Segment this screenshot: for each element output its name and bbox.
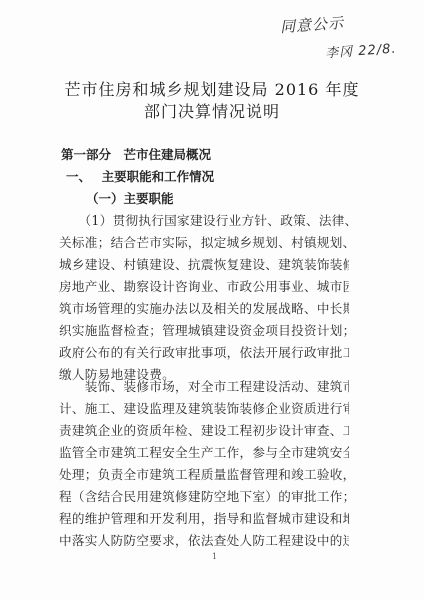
- text-line: 筑市场管理的实施办法以及相关的发展战略、中长期规划，并组: [59, 298, 349, 320]
- page-number: 1: [212, 552, 217, 561]
- section-heading: 一、 主要职能和工作情况: [66, 167, 214, 185]
- paragraph-duties-2: 装饰、装修市场，对全市工程建设活动、建筑市场和工程设 计、施工、建设监理及建筑装…: [59, 376, 349, 552]
- handwritten-signature-date: 李冈 22/8.: [324, 38, 397, 62]
- text-line: 程（含结合民用建筑修建防空地下室）的审批工作；组织人防工: [59, 486, 349, 508]
- document-title-line-1: 芒市住房和城乡规划建设局 2016 年度: [0, 77, 424, 100]
- text-line: 计、施工、建设监理及建筑装饰装修企业资质进行审查申报；负: [59, 398, 349, 420]
- text-line: 装饰、装修市场，对全市工程建设活动、建筑市场和工程设: [59, 376, 349, 398]
- text-line: 房地产业、勘察设计咨询业、市政公用事业、城市园林绿化和建: [59, 276, 349, 298]
- text-line: 程的维护管理和开发利用，指导和监督城市建设和地下空间开发: [59, 508, 349, 530]
- document-title-line-2: 部门决算情况说明: [0, 99, 424, 122]
- text-line: 监管全市建筑工程安全生产工作，参与全市建筑安全事故的调查: [59, 442, 349, 464]
- text-line: （1）贯彻执行国家建设行业方针、政策、法律、法规和相: [59, 210, 349, 232]
- paragraph-duties-1: （1）贯彻执行国家建设行业方针、政策、法律、法规和相 关标准；结合芒市实际，拟定…: [59, 210, 349, 386]
- text-line: 政府公布的有关行政审批事项，依法开展行政审批工作，足额收: [59, 342, 349, 364]
- subsection-heading: （一）主要职能: [86, 189, 174, 207]
- text-line: 关标准；结合芒市实际，拟定城乡规划、村镇规划、工程建设、: [59, 232, 349, 254]
- text-line: 处理；负责全市建筑工程质量监督管理和竣工验收，负责人防工: [59, 464, 349, 486]
- handwritten-approval: 同意公示: [279, 12, 344, 37]
- text-line: 中落实人防防空要求，依法查处人防工程建设中的违法行为。: [59, 530, 349, 552]
- part-heading: 第一部分 芒市住建局概况: [61, 145, 211, 163]
- text-line: 责建筑企业的资质年检、建设工程初步设计审查、工程招投标、: [59, 420, 349, 442]
- text-line: 织实施监督检查；管理城镇建设资金项目投资计划；承担由芒市: [59, 320, 349, 342]
- text-line: 城乡建设、村镇建设、抗震恢复建设、建筑装饰装修业、住宅与: [59, 254, 349, 276]
